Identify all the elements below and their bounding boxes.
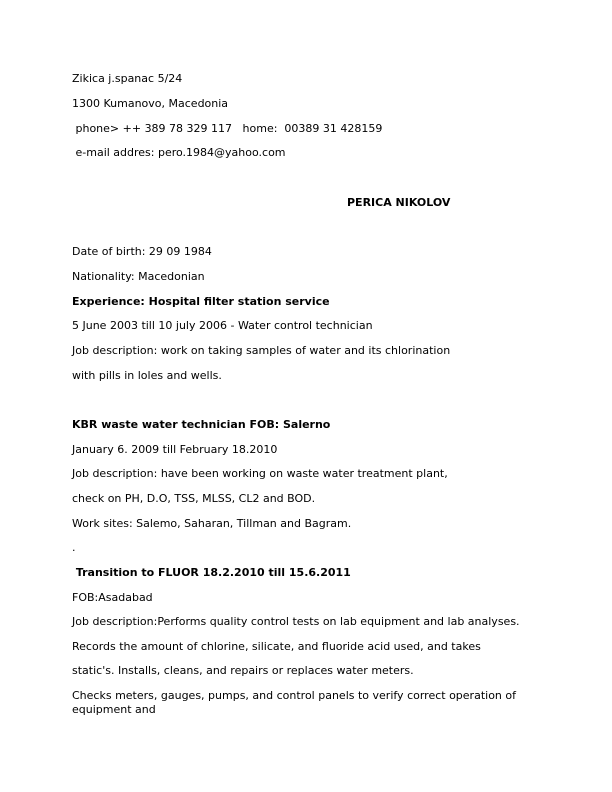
date-of-birth: Date of birth: 29 09 1984 [72,245,212,258]
experience-heading-3: Transition to FLUOR 18.2.2010 till 15.6.… [72,566,351,579]
experience-1-line: with pills in loles and wells. [72,369,222,382]
experience-3-line: Checks meters, gauges, pumps, and contro… [72,689,516,702]
applicant-name: PERICA NIKOLOV [347,196,450,209]
experience-2-line: . [72,541,76,554]
experience-3-line: equipment and [72,703,156,716]
experience-2-line: Job description: have been working on wa… [72,467,448,480]
address-line-1: Zikica j.spanac 5/24 [72,72,182,85]
experience-heading-1: Experience: Hospital filter station serv… [72,295,330,308]
experience-1-line: Job description: work on taking samples … [72,344,450,357]
email-line: e-mail addres: pero.1984@yahoo.com [72,146,286,159]
experience-heading-2: KBR waste water technician FOB: Salerno [72,418,330,431]
experience-3-line: FOB:Asadabad [72,591,153,604]
experience-2-line: Work sites: Salemo, Saharan, Tillman and… [72,517,351,530]
experience-3-line: Records the amount of chlorine, silicate… [72,640,481,653]
nationality: Nationality: Macedonian [72,270,205,283]
experience-3-line: static's. Installs, cleans, and repairs … [72,664,414,677]
experience-2-line: check on PH, D.O, TSS, MLSS, CL2 and BOD… [72,492,315,505]
address-line-2: 1300 Kumanovo, Macedonia [72,97,228,110]
phone-line: phone> ++ 389 78 329 117 home: 00389 31 … [72,122,382,135]
experience-2-line: January 6. 2009 till February 18.2010 [72,443,277,456]
experience-1-line: 5 June 2003 till 10 july 2006 - Water co… [72,319,373,332]
experience-3-line: Job description:Performs quality control… [72,615,520,628]
